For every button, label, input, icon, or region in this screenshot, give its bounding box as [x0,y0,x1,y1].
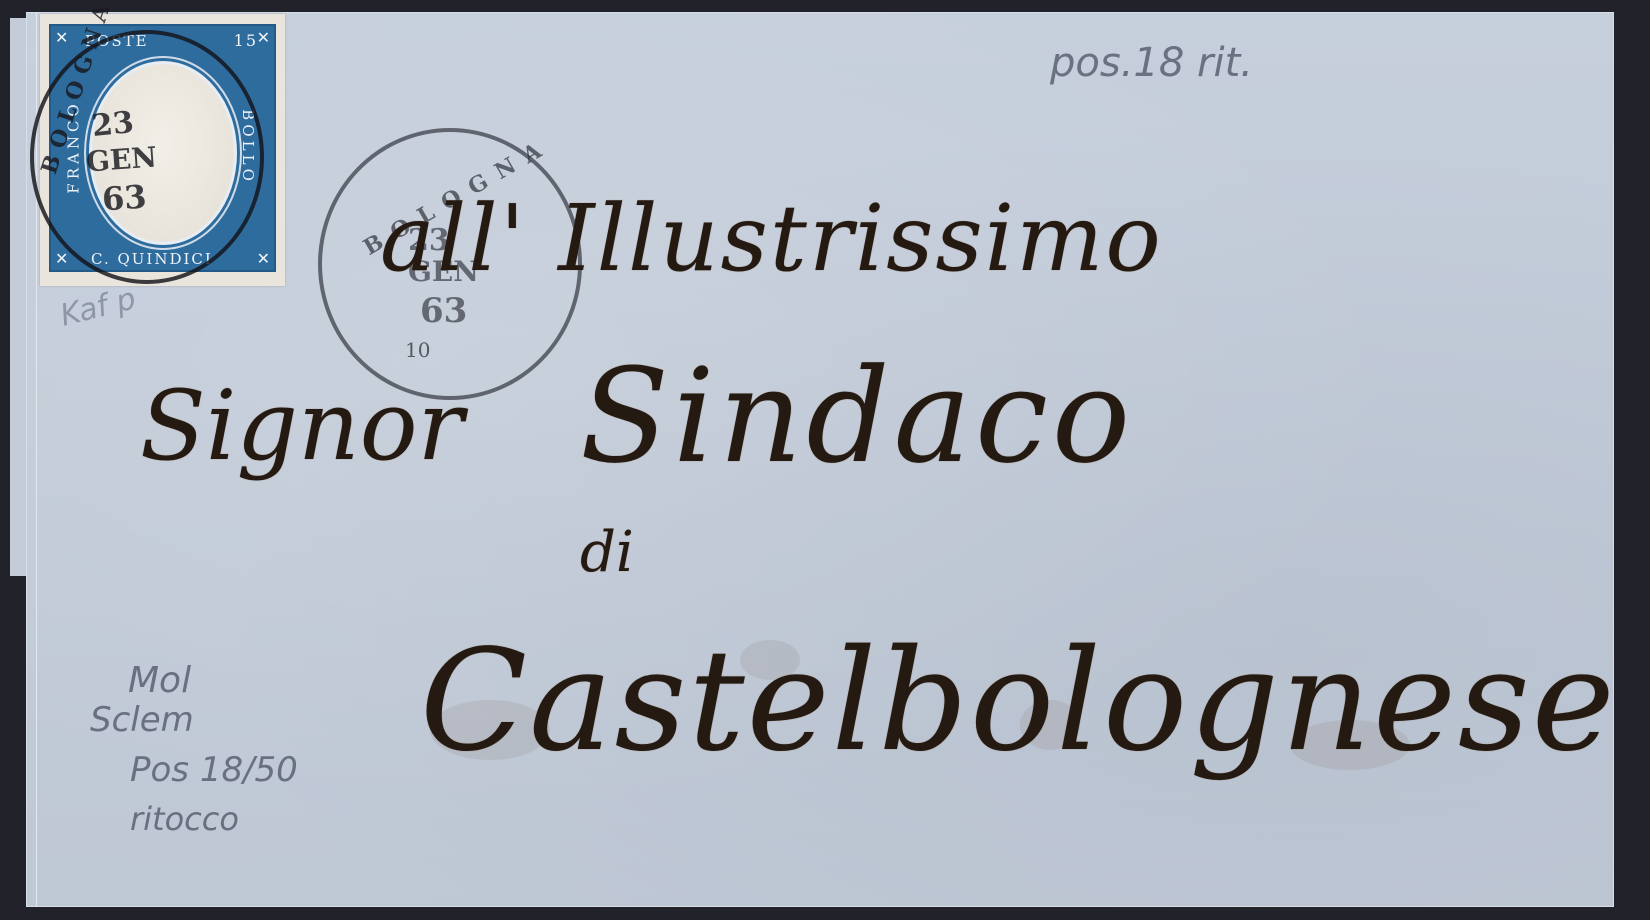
address-recipient: Sindaco [580,340,1134,492]
pencil-note-signature: Sclem [90,700,194,740]
postmark-cover-hour: 10 [405,340,430,360]
address-preposition: di [580,520,634,585]
address-town: Castelbolognese [420,620,1617,783]
address-salutation: all' Illustrissimo [380,185,1163,292]
stamp-corner-ornament-icon: ✕ [55,249,68,268]
postmark-cover-year: 63 [420,294,467,328]
postmark-stamp-year: 63 [101,180,148,215]
address-title-prefix: Signor [140,370,463,482]
stamp-value: 15 [234,31,258,50]
postmark-stamp-month: GEN [85,144,158,177]
stamp-corner-ornament-icon: ✕ [257,249,270,268]
pencil-note-expert: Mol [128,660,191,701]
postmark-stamp-day: 23 [91,108,136,142]
pencil-note-plate-position: Pos 18/50 [130,750,298,790]
stamp-corner-ornament-icon: ✕ [55,28,68,47]
pencil-note-retouch: ritocco [130,800,239,838]
stamp-corner-ornament-icon: ✕ [257,28,270,47]
pencil-note-position: pos.18 rit. [1050,40,1253,86]
